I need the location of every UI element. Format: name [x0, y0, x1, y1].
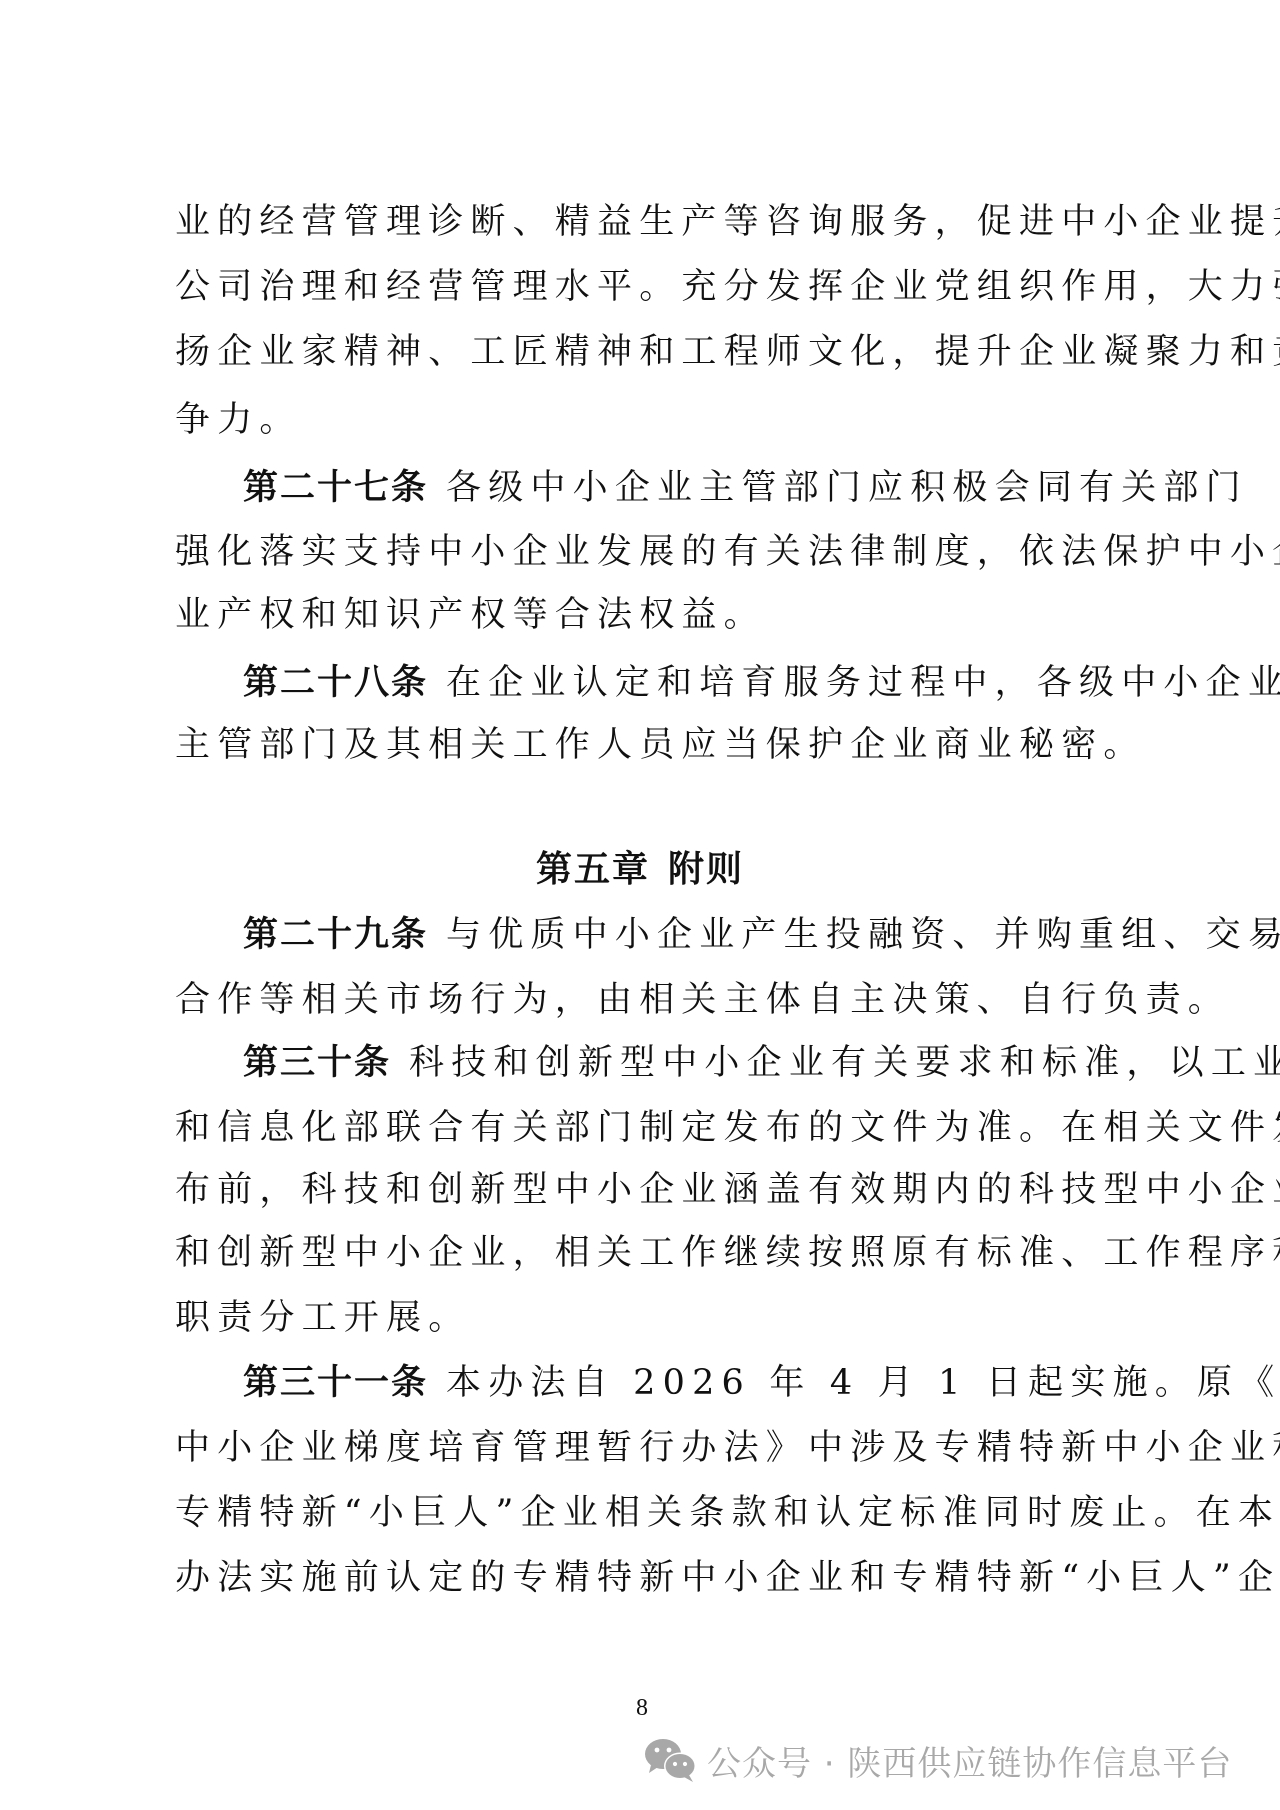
body-line: 主管部门及其相关工作人员应当保护企业商业秘密。 — [175, 720, 1115, 770]
wechat-icon — [643, 1737, 699, 1783]
body-line: 布前，科技和创新型中小企业涵盖有效期内的科技型中小企业 — [175, 1165, 1115, 1215]
line-text: 中小企业梯度培育管理暂行办法》中涉及专精特新中小企业和 — [175, 1428, 1280, 1468]
line-text: 业产权和知识产权等合法权益。 — [175, 595, 766, 635]
line-text: 和创新型中小企业，相关工作继续按照原有标准、工作程序和 — [175, 1233, 1280, 1273]
chapter-heading: 第五章附则 — [0, 845, 1280, 895]
body-line: 扬企业家精神、工匠精神和工程师文化，提升企业凝聚力和竞 — [175, 327, 1115, 377]
body-line: 合作等相关市场行为，由相关主体自主决策、自行负责。 — [175, 975, 1115, 1025]
body-line: 和创新型中小企业，相关工作继续按照原有标准、工作程序和 — [175, 1228, 1115, 1278]
article-label: 第二十九条 — [243, 915, 428, 955]
chapter-number: 第五章 — [536, 849, 650, 890]
article-29: 第二十九条与优质中小企业产生投融资、并购重组、交易 — [243, 910, 1183, 960]
line-text: 扬企业家精神、工匠精神和工程师文化，提升企业凝聚力和竞 — [175, 332, 1280, 372]
line-text: 各级中小企业主管部门应积极会同有关部门 — [446, 468, 1248, 508]
watermark-text: 公众号 · 陕西供应链协作信息平台 — [707, 1736, 1232, 1785]
body-line: 业的经营管理诊断、精益生产等咨询服务，促进中小企业提升 — [175, 197, 1115, 247]
line-text: 主管部门及其相关工作人员应当保护企业商业秘密。 — [175, 725, 1146, 765]
article-label: 第三十条 — [243, 1043, 391, 1083]
body-line: 职责分工开展。 — [175, 1293, 1115, 1343]
line-text: 布前，科技和创新型中小企业涵盖有效期内的科技型中小企业 — [175, 1170, 1280, 1210]
body-line: 中小企业梯度培育管理暂行办法》中涉及专精特新中小企业和 — [175, 1423, 1115, 1473]
body-line: 办法实施前认定的专精特新中小企业和专精特新“小巨人”企 — [175, 1553, 1115, 1603]
article-28: 第二十八条在企业认定和培育服务过程中，各级中小企业 — [243, 658, 1183, 708]
article-31: 第三十一条本办法自 2026 年 4 月 1 日起实施。原《优质 — [243, 1358, 1183, 1408]
line-text: 与优质中小企业产生投融资、并购重组、交易 — [446, 915, 1280, 955]
article-label: 第三十一条 — [243, 1363, 428, 1403]
line-text: 科技和创新型中小企业有关要求和标准，以工业 — [409, 1043, 1280, 1083]
line-text: 在企业认定和培育服务过程中，各级中小企业 — [446, 663, 1280, 703]
line-text: 合作等相关市场行为，由相关主体自主决策、自行负责。 — [175, 980, 1230, 1020]
body-line: 专精特新“小巨人”企业相关条款和认定标准同时废止。在本 — [175, 1488, 1115, 1538]
article-27: 第二十七条各级中小企业主管部门应积极会同有关部门 — [243, 463, 1183, 513]
body-line: 和信息化部联合有关部门制定发布的文件为准。在相关文件发 — [175, 1103, 1115, 1153]
line-text: 专精特新“小巨人”企业相关条款和认定标准同时废止。在本 — [175, 1493, 1280, 1533]
page-number: 8 — [630, 1693, 654, 1723]
line-text: 职责分工开展。 — [175, 1298, 470, 1338]
body-line: 业产权和知识产权等合法权益。 — [175, 590, 1115, 640]
line-text: 强化落实支持中小企业发展的有关法律制度，依法保护中小企 — [175, 532, 1280, 572]
body-line: 争力。 — [175, 395, 1115, 445]
line-text: 公司治理和经营管理水平。充分发挥企业党组织作用，大力弘 — [175, 267, 1280, 307]
line-text: 本办法自 2026 年 4 月 1 日起实施。原《优质 — [446, 1363, 1280, 1403]
line-text: 争力。 — [175, 400, 302, 440]
document-page: 业的经营管理诊断、精益生产等咨询服务，促进中小企业提升 公司治理和经营管理水平。… — [0, 0, 1280, 1810]
article-label: 第二十七条 — [243, 468, 428, 508]
line-text: 业的经营管理诊断、精益生产等咨询服务，促进中小企业提升 — [175, 202, 1280, 242]
line-text: 和信息化部联合有关部门制定发布的文件为准。在相关文件发 — [175, 1108, 1280, 1148]
line-text: 办法实施前认定的专精特新中小企业和专精特新“小巨人”企 — [175, 1558, 1280, 1598]
body-line: 强化落实支持中小企业发展的有关法律制度，依法保护中小企 — [175, 527, 1115, 577]
article-label: 第二十八条 — [243, 663, 428, 703]
article-30: 第三十条科技和创新型中小企业有关要求和标准，以工业 — [243, 1038, 1183, 1088]
chapter-title: 附则 — [668, 849, 744, 890]
watermark: 公众号 · 陕西供应链协作信息平台 — [643, 1735, 1232, 1785]
body-line: 公司治理和经营管理水平。充分发挥企业党组织作用，大力弘 — [175, 262, 1115, 312]
